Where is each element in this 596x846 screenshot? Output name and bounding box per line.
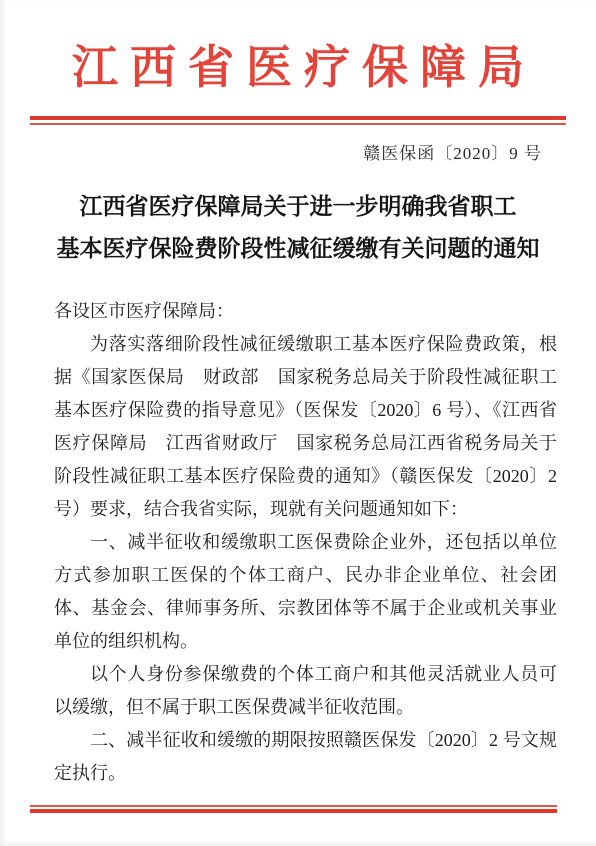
divider-thick-line [30,809,557,813]
footer-divider [30,805,557,813]
salutation: 各设区市医疗保障局： [54,295,557,328]
document-body: 各设区市医疗保障局： 为落实落细阶段性减征缓缴职工基本医疗保险费政策，根据《国家… [54,295,557,790]
document-page: 江西省医疗保障局 赣医保函〔2020〕9 号 江西省医疗保障局关于进一步明确我省… [0,0,596,846]
agency-letterhead-title: 江西省医疗保障局 [0,36,596,100]
letterhead-divider-top [30,116,566,125]
paragraph-item-2-duration: 二、减半征收和缓缴的期限按照赣医保发〔2020〕2 号文规定执行。 [54,724,557,790]
document-reference-number: 赣医保函〔2020〕9 号 [363,139,542,164]
paragraph-item-1-scope: 一、减半征收和缓缴职工医保费除企业外，还包括以单位方式参加职工医保的个体工商户、… [54,526,557,658]
document-title-line-1: 江西省医疗保障局关于进一步明确我省职工 [0,186,596,228]
document-title: 江西省医疗保障局关于进一步明确我省职工 基本医疗保险费阶段性减征缓缴有关问题的通… [0,186,596,270]
paragraph-basis: 为落实落细阶段性减征缓缴职工基本医疗保险费政策，根据《国家医保局 财政部 国家税… [54,328,557,526]
divider-thin-line [30,123,566,125]
document-title-line-2: 基本医疗保险费阶段性减征缓缴有关问题的通知 [0,228,596,270]
paragraph-individual-payers: 以个人身份参保缴费的个体工商户和其他灵活就业人员可以缓缴，但不属于职工医保费减半… [54,658,557,724]
